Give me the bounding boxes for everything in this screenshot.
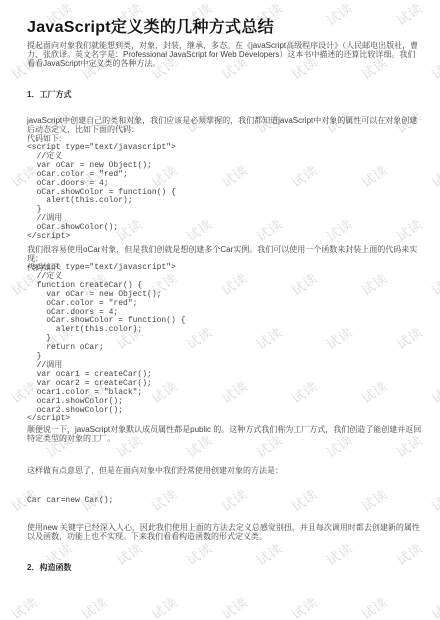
document-page: JavaScript定义类的几种方式总结 提起面向对象我们就能想到类，对象，封装… xyxy=(0,0,440,620)
section-1-paragraph-1: javaScript中创建自己的类和对象，我们应该是必须掌握的，我们都知道jav… xyxy=(27,117,423,144)
section-2-heading: 2．构造函数 xyxy=(27,562,423,573)
page-title: JavaScript定义类的几种方式总结 xyxy=(27,14,423,37)
intro-paragraph: 提起面向对象我们就能想到类，对象，封装，继承，多态。在《javaScript高级… xyxy=(27,42,423,69)
section-1-paragraph-4: 这样做有点意思了，但是在面向对象中我们经常使用创建对象的方法是： xyxy=(27,467,423,476)
code-block-2: <script type="text/javascript"> //定义 fun… xyxy=(27,264,423,424)
section-1-heading: 1．工厂方式 xyxy=(27,89,423,100)
code-line-new-car: Car car=new Car(); xyxy=(27,497,423,506)
section-1-paragraph-5: 使用new 关键字已经深入人心，因此我们使用上面的方法去定义总感觉别扭，并且每次… xyxy=(27,524,423,542)
section-1-paragraph-3: 顺便说一下，javaScript对象默认成员属性都是public 的。这种方式我… xyxy=(27,426,423,444)
code-block-1: <script type="text/javascript"> //定义 var… xyxy=(27,144,423,242)
